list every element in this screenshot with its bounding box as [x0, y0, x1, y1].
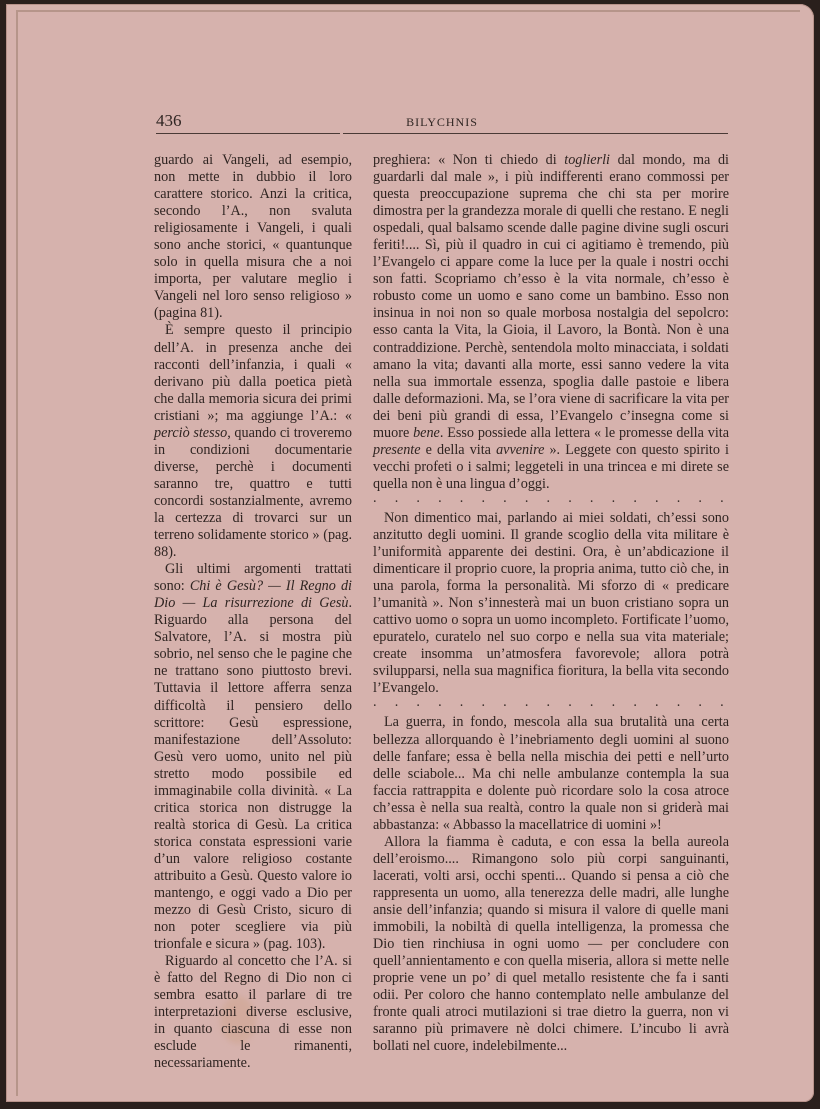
text-segment: Allora la fiamma è caduta, e con essa la…	[373, 834, 729, 1055]
paragraph: La guerra, in fondo, mescola alla sua br…	[373, 714, 729, 833]
text-segment: . Riguardo alla persona del Salvatore, l…	[154, 595, 352, 952]
paragraph: Non dimentico mai, parlando ai miei sold…	[373, 510, 729, 698]
section-separator: . . . . . . . . . . . . . . . . . . . . …	[373, 493, 729, 510]
text-segment: Non dimentico mai, parlando ai miei sold…	[373, 510, 729, 696]
text-segment: , quando ci troveremo in condizioni docu…	[154, 425, 352, 560]
book-page: 436 BILYCHNIS guardo ai Vangeli, ad esem…	[6, 4, 814, 1102]
text-segment: dal mondo, ma di guardarli dal male », i…	[373, 152, 729, 441]
paragraph: È sempre questo il principio dell’A. in …	[154, 322, 352, 561]
paragraph: Allora la fiamma è caduta, e con essa la…	[373, 834, 729, 1056]
paragraph: Gli ultimi argomenti trattati sono: Chi …	[154, 561, 352, 953]
text-segment: guardo ai Vangeli, ad esempio, non mette…	[154, 152, 352, 321]
right-column: preghiera: « Non ti chiedo di toglierli …	[373, 152, 729, 1055]
italic-text: bene	[413, 425, 440, 441]
paragraph: guardo ai Vangeli, ad esempio, non mette…	[154, 152, 352, 322]
running-title: BILYCHNIS	[156, 115, 728, 130]
italic-text: toglierli	[564, 152, 610, 168]
italic-text: perciò stesso	[154, 425, 227, 441]
paragraph: Riguardo al concetto che l’A. si è fatto…	[154, 953, 352, 1072]
header-rule-right	[343, 133, 728, 134]
header-rule-left	[156, 133, 340, 134]
text-segment: preghiera: « Non ti chiedo di	[373, 152, 564, 168]
page-header: 436 BILYCHNIS	[156, 111, 728, 133]
left-column: guardo ai Vangeli, ad esempio, non mette…	[154, 152, 352, 1073]
paragraph: preghiera: « Non ti chiedo di toglierli …	[373, 152, 729, 493]
text-segment: È sempre questo il principio dell’A. in …	[154, 322, 352, 423]
italic-text: presente	[373, 442, 421, 458]
text-segment: e della vita	[421, 442, 497, 458]
italic-text: avvenire	[496, 442, 544, 458]
text-segment: . Esso possiede alla lettera « le promes…	[440, 425, 729, 441]
section-separator: . . . . . . . . . . . . . . . . . . . . …	[373, 697, 729, 714]
text-segment: Riguardo al concetto che l’A. si è fatto…	[154, 953, 352, 1071]
text-segment: La guerra, in fondo, mescola alla sua br…	[373, 714, 729, 832]
